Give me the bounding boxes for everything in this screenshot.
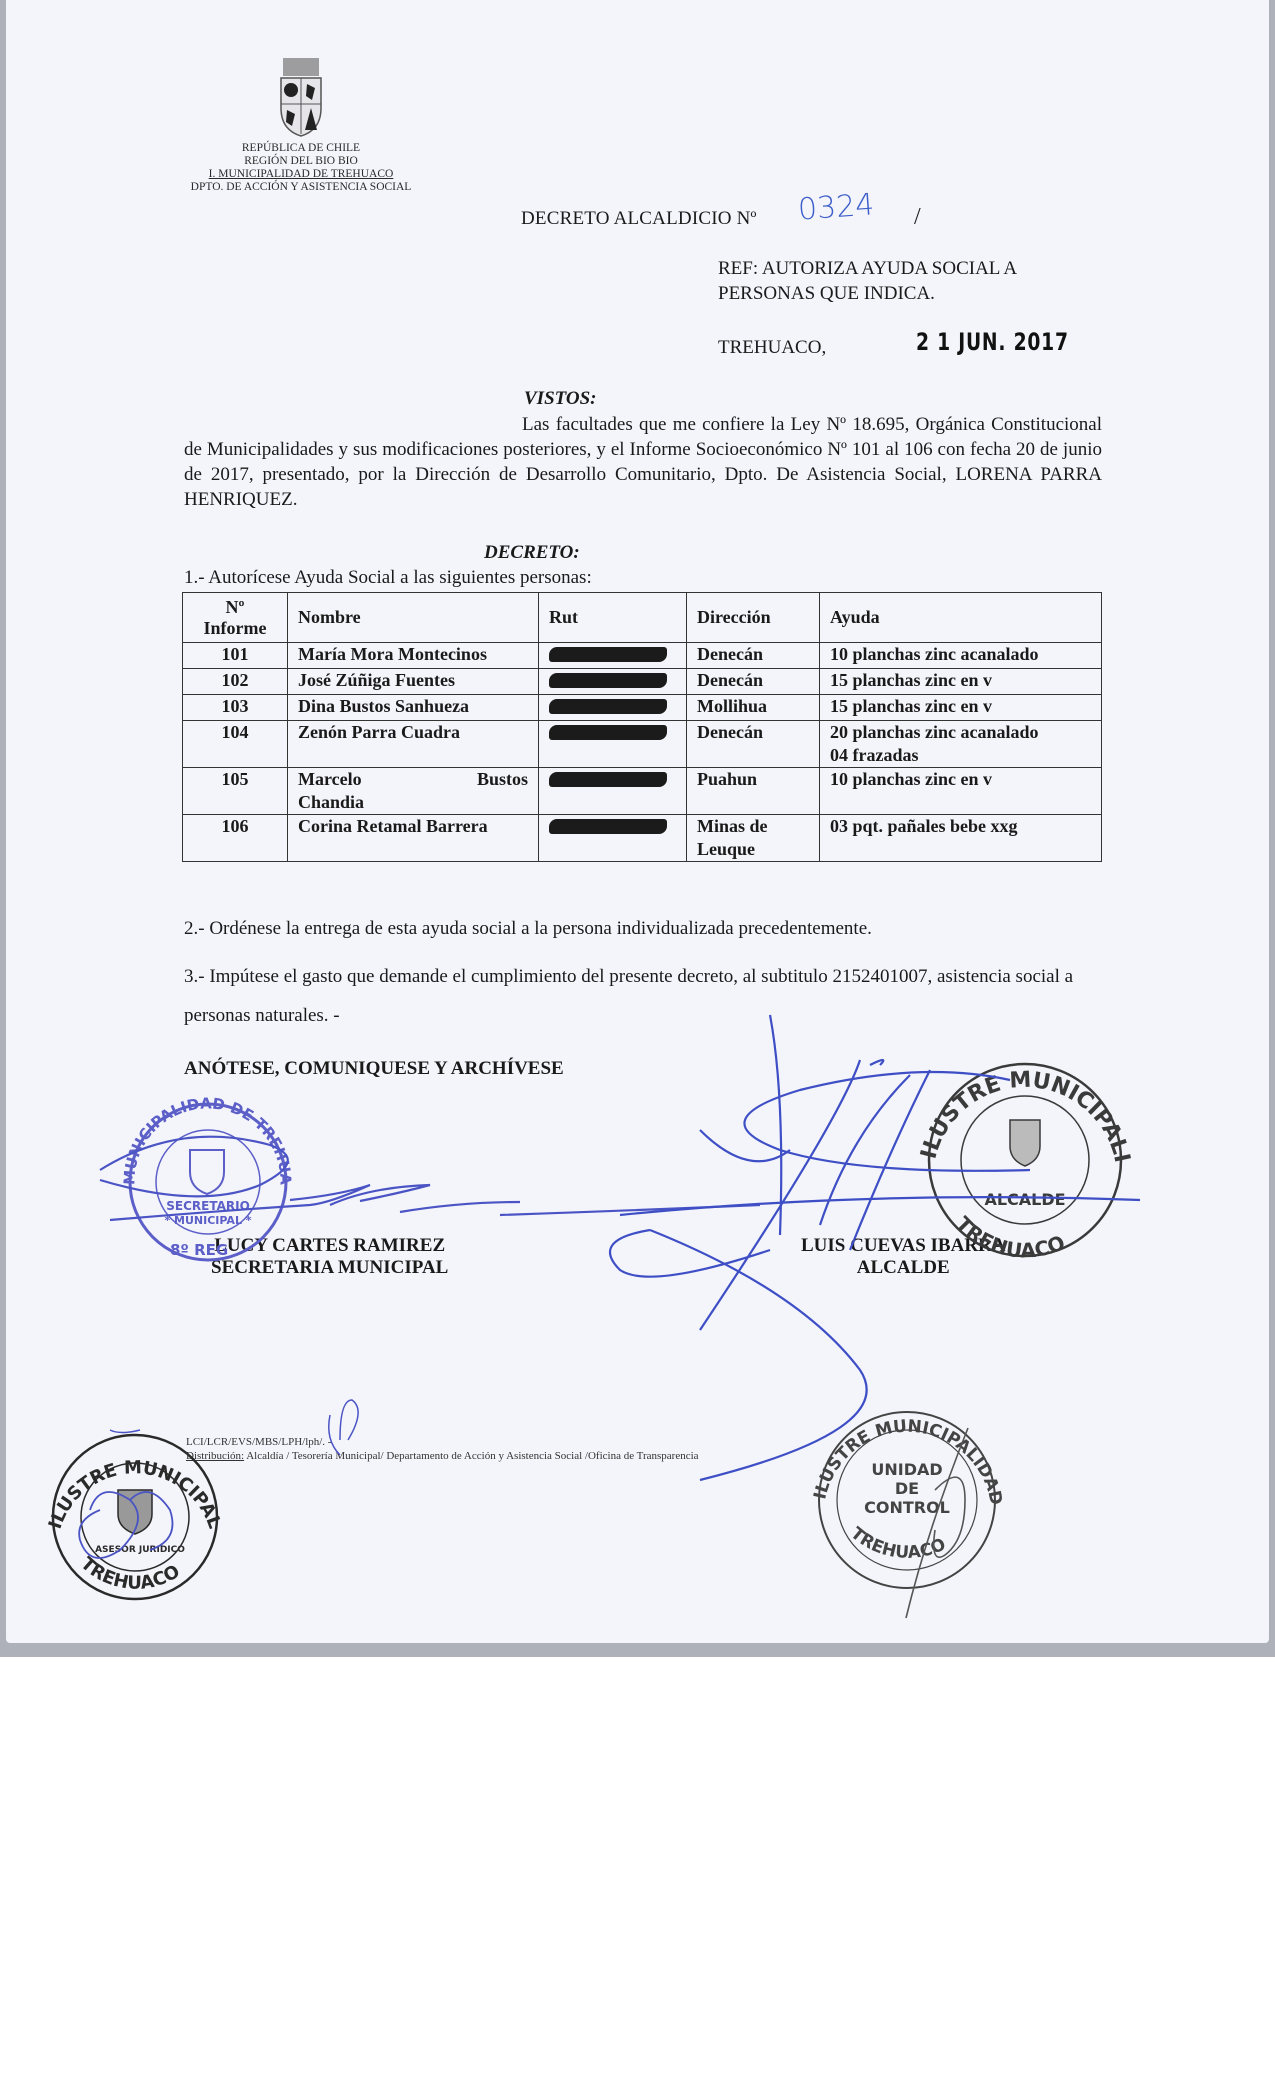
redaction-mark	[549, 699, 667, 714]
cell-informe: 101	[183, 643, 288, 669]
cell-direccion: Puahun	[687, 768, 820, 815]
signature-block-secretary: LUCY CARTES RAMIREZ SECRETARIA MUNICIPAL	[211, 1235, 448, 1279]
table-row: 102 José Zúñiga Fuentes Denecán 15 planc…	[183, 669, 1102, 695]
cell-informe: 102	[183, 669, 288, 695]
municipality-label: I. MUNICIPALIDAD DE TREHUACO	[166, 168, 436, 181]
distribution-line: Distribución: Alcaldía / Tesorería Munic…	[186, 1450, 699, 1462]
cell-ayuda: 20 planchas zinc acanalado 04 frazadas	[820, 721, 1102, 768]
cell-rut	[539, 695, 687, 721]
table-row: 103 Dina Bustos Sanhueza Mollihua 15 pla…	[183, 695, 1102, 721]
cell-direccion: Denecán	[687, 643, 820, 669]
header-informe: Nº Informe	[183, 593, 288, 643]
cell-nombre: José Zúñiga Fuentes	[288, 669, 539, 695]
cell-nombre: Dina Bustos Sanhueza	[288, 695, 539, 721]
decree-item-2: 2.- Ordénese la entrega de esta ayuda so…	[184, 918, 872, 940]
document-page: REPÚBLICA DE CHILE REGIÓN DEL BIO BIO I.…	[6, 0, 1269, 1643]
distribution-label: Distribución:	[186, 1450, 244, 1462]
vistos-body: Las facultades que me confiere la Ley Nº…	[184, 412, 1102, 512]
region-label: REGIÓN DEL BIO BIO	[166, 155, 436, 168]
date-stamp: 2 1 JUN. 2017	[916, 328, 1069, 356]
cell-informe: 104	[183, 721, 288, 768]
cell-rut	[539, 669, 687, 695]
initials-line: LCI/LCR/EVS/MBS/LPH/lph/. -	[186, 1436, 331, 1448]
cell-informe: 103	[183, 695, 288, 721]
cell-ayuda: 10 planchas zinc en v	[820, 768, 1102, 815]
country-label: REPÚBLICA DE CHILE	[166, 142, 436, 155]
cell-direccion: Denecán	[687, 669, 820, 695]
table-row: 105 Marcelo Bustos Chandia Puahun 10 pla…	[183, 768, 1102, 815]
decree-title: DECRETO ALCALDICIO Nº	[521, 208, 757, 230]
aid-table: Nº Informe Nombre Rut Dirección Ayuda 10…	[182, 592, 1102, 862]
header-rut: Rut	[539, 593, 687, 643]
coat-of-arms-icon	[273, 56, 329, 138]
decree-number-handwritten: 0324	[797, 187, 876, 227]
header-nombre: Nombre	[288, 593, 539, 643]
redaction-mark	[549, 772, 667, 787]
reference: REF: AUTORIZA AYUDA SOCIAL A PERSONAS QU…	[718, 256, 1017, 306]
decree-number-suffix: /	[914, 204, 921, 231]
cell-nombre: Marcelo Bustos Chandia	[288, 768, 539, 815]
cell-nombre: Corina Retamal Barrera	[288, 815, 539, 862]
redaction-mark	[549, 647, 667, 662]
reference-line-1: REF: AUTORIZA AYUDA SOCIAL A	[718, 256, 1017, 281]
cell-ayuda: 10 planchas zinc acanalado	[820, 643, 1102, 669]
decree-item-3: 3.- Impútese el gasto que demande el cum…	[184, 957, 1104, 1035]
redaction-mark	[549, 673, 667, 688]
mayor-role: ALCALDE	[801, 1257, 1005, 1279]
cell-ayuda: 15 planchas zinc en v	[820, 669, 1102, 695]
cell-informe: 106	[183, 815, 288, 862]
cell-nombre: Zenón Parra Cuadra	[288, 721, 539, 768]
letterhead: REPÚBLICA DE CHILE REGIÓN DEL BIO BIO I.…	[166, 56, 436, 194]
table-row: 106 Corina Retamal Barrera Minas de Leuq…	[183, 815, 1102, 862]
secretary-role: SECRETARIA MUNICIPAL	[211, 1257, 448, 1279]
cell-direccion: Minas de Leuque	[687, 815, 820, 862]
decree-item-1: 1.- Autorícese Ayuda Social a las siguie…	[184, 567, 592, 589]
header-direccion: Dirección	[687, 593, 820, 643]
cell-rut	[539, 768, 687, 815]
redaction-mark	[549, 725, 667, 740]
signature-block-mayor: LUIS CUEVAS IBARRA ALCALDE	[801, 1235, 1005, 1279]
table-header-row: Nº Informe Nombre Rut Dirección Ayuda	[183, 593, 1102, 643]
cell-nombre: María Mora Montecinos	[288, 643, 539, 669]
cell-rut	[539, 815, 687, 862]
secretary-name: LUCY CARTES RAMIREZ	[211, 1235, 448, 1257]
cell-informe: 105	[183, 768, 288, 815]
mayor-name: LUIS CUEVAS IBARRA	[801, 1235, 1005, 1257]
department-label: DPTO. DE ACCIÓN Y ASISTENCIA SOCIAL	[166, 181, 436, 194]
cell-ayuda: 03 pqt. pañales bebe xxg	[820, 815, 1102, 862]
cell-direccion: Mollihua	[687, 695, 820, 721]
vistos-heading: VISTOS:	[524, 388, 597, 410]
cell-rut	[539, 721, 687, 768]
table-row: 101 María Mora Montecinos Denecán 10 pla…	[183, 643, 1102, 669]
distribution-list: Alcaldía / Tesorería Municipal/ Departam…	[244, 1450, 698, 1462]
cell-ayuda: 15 planchas zinc en v	[820, 695, 1102, 721]
cell-direccion: Denecán	[687, 721, 820, 768]
decreto-heading: DECRETO:	[484, 542, 580, 564]
table-row: 104 Zenón Parra Cuadra Denecán 20 planch…	[183, 721, 1102, 768]
redaction-mark	[549, 819, 667, 834]
header-ayuda: Ayuda	[820, 593, 1102, 643]
reference-line-2: PERSONAS QUE INDICA.	[718, 281, 1017, 306]
place-label: TREHUACO,	[718, 337, 826, 359]
closing-formula: ANÓTESE, COMUNIQUESE Y ARCHÍVESE	[184, 1058, 564, 1080]
cell-rut	[539, 643, 687, 669]
